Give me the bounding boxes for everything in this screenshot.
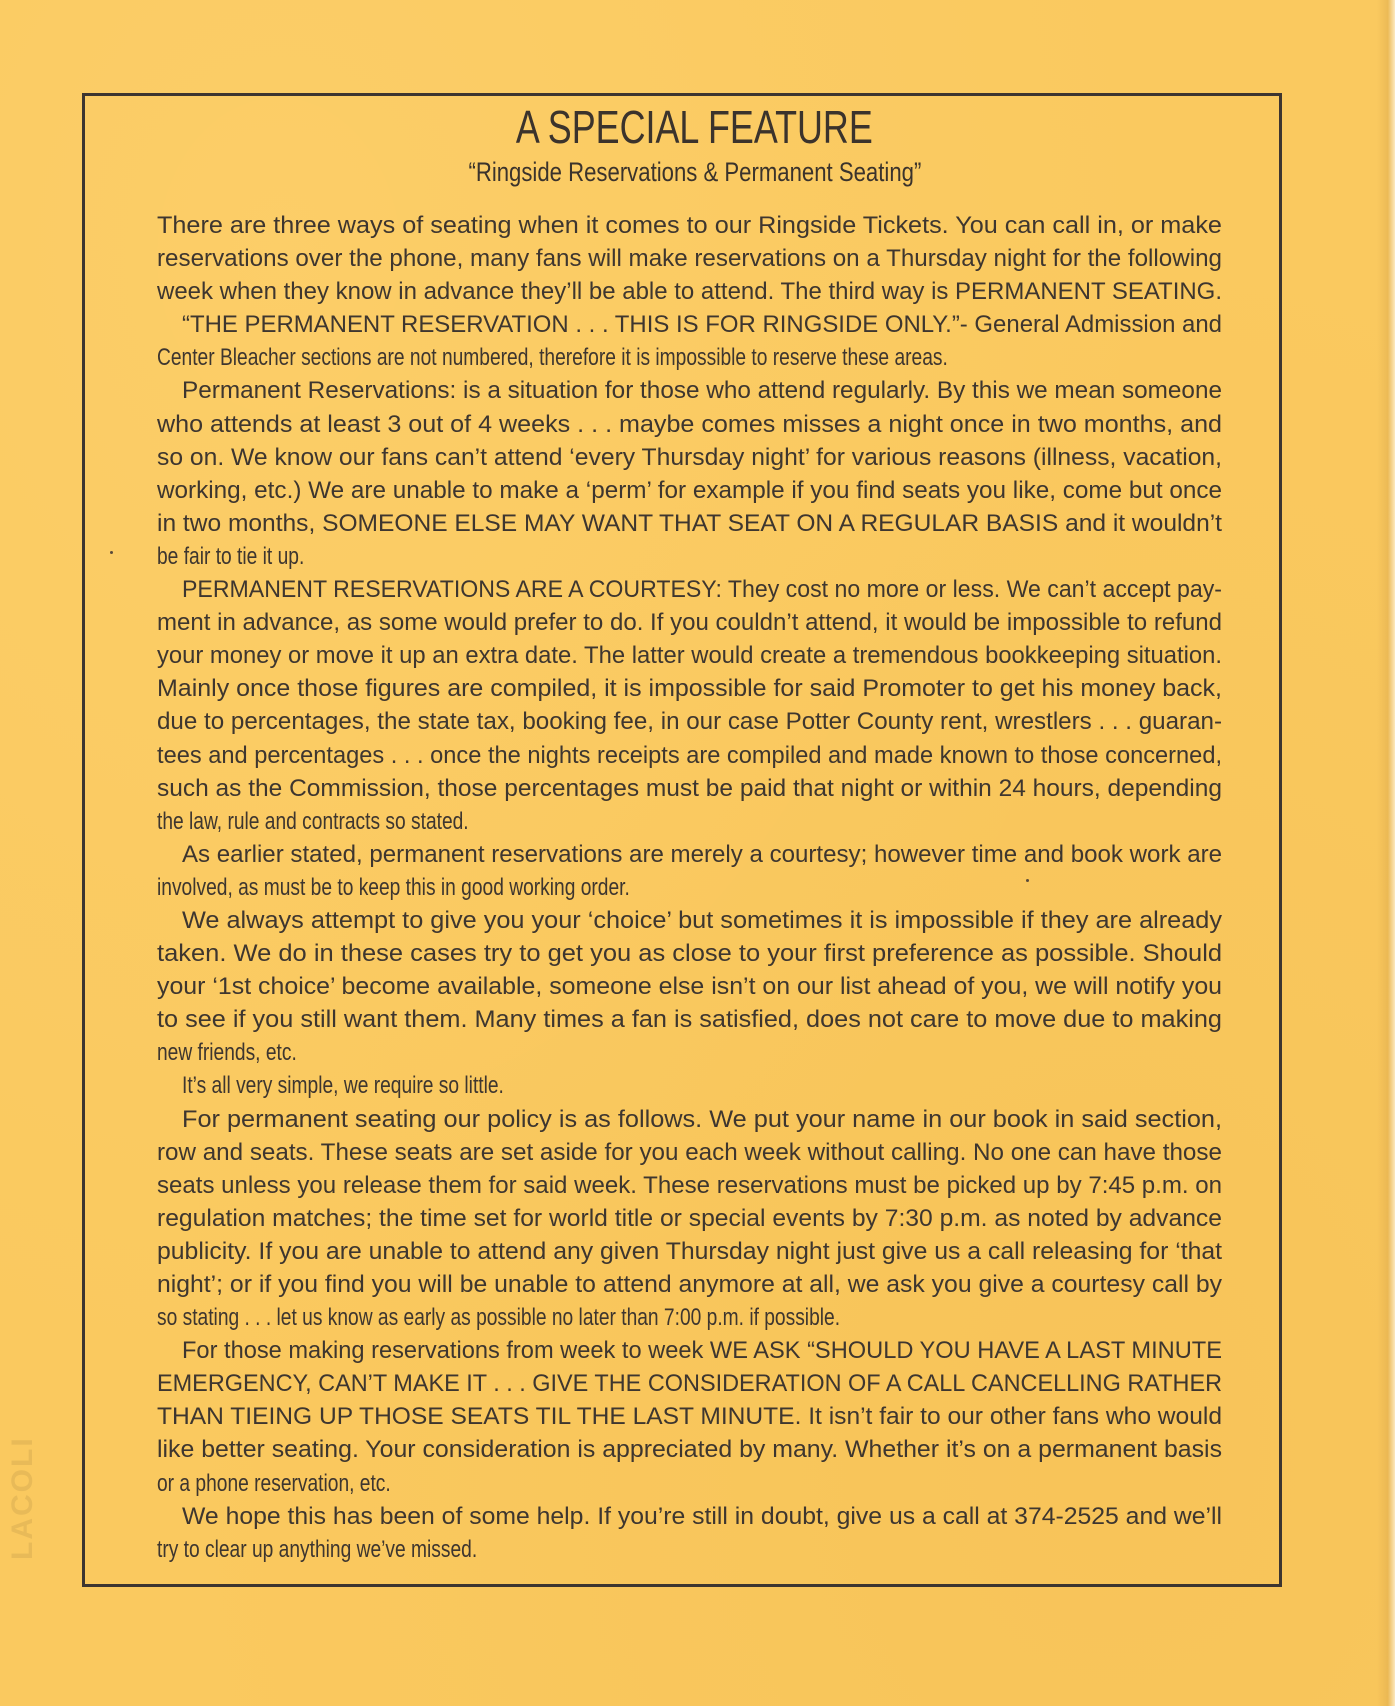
text-line: or a phone reservation, etc. [157,1467,1222,1500]
text-line-content: EMERGENCY, CAN’T MAKE IT . . . GIVE THE … [157,1367,1222,1400]
text-line: so stating . . . let us know as early as… [157,1301,1222,1334]
text-line-content: Permanent Reservations: is a situation f… [182,374,1222,407]
text-line: such as the Commission, those percentage… [157,772,1222,805]
text-line-content: who attends at least 3 out of 4 weeks . … [157,408,1222,441]
text-line-content: week when they know in advance they’ll b… [157,275,1222,308]
text-line: to see if you still want them. Many time… [157,1003,1222,1036]
text-line-content: For those making reservations from week … [182,1334,1222,1367]
text-line: seats unless you release them for said w… [157,1169,1222,1202]
text-line-content: tees and percentages . . . once the nigh… [157,739,1222,772]
text-line-content: seats unless you release them for said w… [157,1169,1222,1202]
text-line: working, etc.) We are unable to make a ‘… [157,474,1222,507]
text-line-content: new friends, etc. [157,1036,297,1069]
stray-ink-dot [1026,879,1029,882]
text-line-content: There are three ways of seating when it … [157,209,1222,242]
text-line: new friends, etc. [157,1036,1222,1069]
text-line-content: taken. We do in these cases try to get y… [157,937,1222,970]
text-line-content: night’; or if you find you will be unabl… [157,1268,1222,1301]
text-line-content: We always attempt to give you your ‘choi… [182,904,1222,937]
text-line-content: For permanent seating our policy is as f… [182,1103,1222,1136]
article-body: There are three ways of seating when it … [157,209,1222,1566]
text-line-content: ment in advance, as some would prefer to… [157,606,1222,639]
text-line: your money or move it up an extra date. … [157,639,1222,672]
feature-subtitle: “Ringside Reservations & Permanent Seati… [123,155,1267,189]
text-line: We always attempt to give you your ‘choi… [157,904,1222,937]
text-line-content: publicity. If you are unable to attend a… [157,1235,1222,1268]
text-line-content: It’s all very simple, we require so litt… [182,1069,504,1102]
text-line: like better seating. Your consideration … [157,1433,1222,1466]
text-line: There are three ways of seating when it … [157,209,1222,242]
text-line: week when they know in advance they’ll b… [157,275,1222,308]
text-line: be fair to tie it up. [157,540,1222,573]
text-line-content: reservations over the phone, many fans w… [157,242,1222,275]
text-line: in two months, SOMEONE ELSE MAY WANT THA… [157,507,1222,540]
text-line-content: try to clear up anything we’ve missed. [157,1533,477,1566]
text-line-content: be fair to tie it up. [157,540,304,573]
text-line-content: “THE PERMANENT RESERVATION . . . THIS IS… [182,308,1222,341]
text-line: Mainly once those figures are compiled, … [157,672,1222,705]
text-line: EMERGENCY, CAN’T MAKE IT . . . GIVE THE … [157,1367,1222,1400]
text-line: THAN TIEING UP THOSE SEATS TIL THE LAST … [157,1400,1222,1433]
text-line-content: to see if you still want them. Many time… [157,1003,1222,1036]
text-line-content: your ‘1st choice’ become available, some… [157,970,1222,1003]
text-line-content: As earlier stated, permanent reservation… [182,838,1222,871]
text-line-content: regulation matches; the time set for wor… [157,1202,1222,1235]
text-line: row and seats. These seats are set aside… [157,1136,1222,1169]
text-line-content: PERMANENT RESERVATIONS ARE A COURTESY: T… [182,573,1222,606]
text-line: publicity. If you are unable to attend a… [157,1235,1222,1268]
text-line: who attends at least 3 out of 4 weeks . … [157,408,1222,441]
text-line: We hope this has been of some help. If y… [157,1500,1222,1533]
text-line-content: so stating . . . let us know as early as… [157,1301,840,1334]
text-line: tees and percentages . . . once the nigh… [157,739,1222,772]
text-line-content: THAN TIEING UP THOSE SEATS TIL THE LAST … [157,1400,1222,1433]
text-line-content: so on. We know our fans can’t attend ‘ev… [157,441,1222,474]
text-line: due to percentages, the state tax, booki… [157,705,1222,738]
text-line-content: due to percentages, the state tax, booki… [157,705,1222,738]
text-line-content: Center Bleacher sections are not numbere… [157,341,948,374]
text-line: reservations over the phone, many fans w… [157,242,1222,275]
text-line: the law, rule and contracts so stated. [157,805,1222,838]
text-line-content: such as the Commission, those percentage… [157,772,1222,805]
text-line: your ‘1st choice’ become available, some… [157,970,1222,1003]
feature-title: A SPECIAL FEATURE [150,100,1238,154]
page-edge-shadow [1377,0,1395,1706]
text-line: “THE PERMANENT RESERVATION . . . THIS IS… [157,308,1222,341]
text-line-content: in two months, SOMEONE ELSE MAY WANT THA… [157,507,1222,540]
text-line: involved, as must be to keep this in goo… [157,871,1222,904]
text-line: Permanent Reservations: is a situation f… [157,374,1222,407]
text-line-content: Mainly once those figures are compiled, … [157,672,1222,705]
text-line: so on. We know our fans can’t attend ‘ev… [157,441,1222,474]
faded-margin-stamp: LACOLI [6,1440,52,1560]
text-line-content: We hope this has been of some help. If y… [182,1500,1222,1533]
stray-ink-dot [110,551,113,554]
text-line: PERMANENT RESERVATIONS ARE A COURTESY: T… [157,573,1222,606]
text-line-content: your money or move it up an extra date. … [157,639,1222,672]
text-line-content: working, etc.) We are unable to make a ‘… [157,474,1222,507]
text-line: try to clear up anything we’ve missed. [157,1533,1222,1566]
text-line: ment in advance, as some would prefer to… [157,606,1222,639]
text-line: It’s all very simple, we require so litt… [157,1069,1222,1102]
text-line: regulation matches; the time set for wor… [157,1202,1222,1235]
text-line: For those making reservations from week … [157,1334,1222,1367]
text-line: taken. We do in these cases try to get y… [157,937,1222,970]
text-line-content: row and seats. These seats are set aside… [157,1136,1222,1169]
text-line-content: involved, as must be to keep this in goo… [157,871,630,904]
text-line: As earlier stated, permanent reservation… [157,838,1222,871]
text-line-content: like better seating. Your consideration … [157,1433,1222,1466]
text-line: night’; or if you find you will be unabl… [157,1268,1222,1301]
text-line-content: the law, rule and contracts so stated. [157,805,469,838]
text-line-content: or a phone reservation, etc. [157,1467,391,1500]
text-line: For permanent seating our policy is as f… [157,1103,1222,1136]
text-line: Center Bleacher sections are not numbere… [157,341,1222,374]
